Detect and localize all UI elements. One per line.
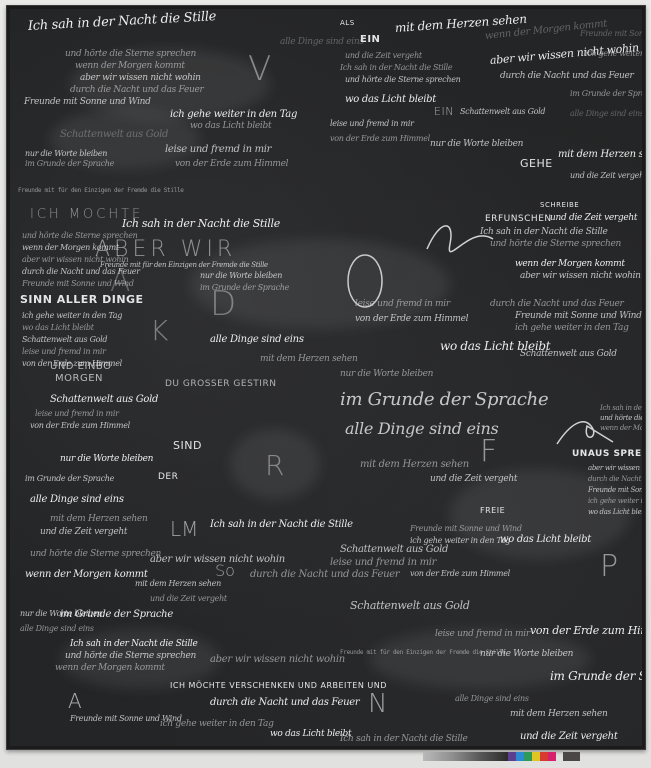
script-line: und die Zeit vergeht <box>150 594 227 603</box>
script-line: leise und fremd in mir <box>165 144 271 155</box>
painting-frame: Ich sah in der Nacht die Stille und hört… <box>6 5 646 750</box>
script-line: und die Zeit vergeht <box>40 527 127 537</box>
script-line: von der Erde zum Himmel <box>330 134 430 143</box>
script-line: Schattenwelt aus Gold <box>50 394 158 405</box>
letter-f: F <box>480 434 497 469</box>
script-line: ich gehe weiter in den Tag <box>170 109 297 120</box>
word-ein-mid: EIN <box>434 105 454 118</box>
script-line: alle Dinge sind eins <box>280 37 364 47</box>
swatch-green <box>524 752 532 761</box>
swatch-yellow <box>532 752 540 761</box>
letter-p: P <box>600 549 618 584</box>
script-line: alle Dinge sind eins <box>20 624 94 633</box>
grayscale-calibration-ramp <box>423 752 509 761</box>
script-line: und die Zeit vergeht <box>550 213 637 223</box>
script-line: nur die Worte bleiben <box>480 649 573 659</box>
letter-r: R <box>265 449 284 482</box>
script-line: Schattenwelt aus Gold <box>22 335 107 344</box>
calibration-patch <box>563 752 580 761</box>
script-line: Freunde mit Sonne und Wind <box>24 97 151 107</box>
script-line: wo das Licht bleibt <box>345 94 436 105</box>
color-calibration-swatches <box>508 752 556 761</box>
script-line: Freunde mit Sonne und Wind <box>580 29 642 38</box>
script-line: und hörte die Sterne sprechen <box>30 549 161 559</box>
script-line: Ich sah in der Nacht die Stille <box>480 227 608 237</box>
script-line: wenn der Morgen kommt <box>22 243 119 252</box>
letter-a: A <box>110 264 131 299</box>
script-line: mit dem Herzen sehen <box>260 354 357 364</box>
word-der: DER <box>158 472 178 482</box>
script-line: mit dem Herzen sehen <box>50 514 147 524</box>
word-verschenken: ICH MÖCHTE VERSCHENKEN UND ARBEITEN UND <box>170 681 387 690</box>
letter-v: V <box>248 49 271 89</box>
script-line: wenn der Morgen kommt <box>55 663 165 673</box>
script-line: im Grunde der Sprache <box>25 159 114 168</box>
word-erfunschen: ERFUNSCHEN <box>485 214 552 224</box>
script-line: Ich sah in der Nacht die Stille <box>210 519 353 530</box>
script-line: leise und fremd in mir <box>22 347 106 356</box>
script-line: nur die Worte bleiben <box>60 454 153 464</box>
script-line: aber wir wissen nicht wohin <box>588 464 642 472</box>
script-line: Schattenwelt aus Gold <box>60 129 168 140</box>
script-line: ich gehe weiter in den Tag <box>22 311 122 320</box>
script-line: wenn der Morgen kommt <box>515 259 625 269</box>
script-line: leise und fremd in mir <box>355 299 450 309</box>
script-line: von der Erde zum Himmel <box>410 569 510 578</box>
script-line: alle Dinge sind eins <box>455 694 529 703</box>
script-line: alle Dinge sind eins <box>30 494 124 505</box>
swatch-red <box>540 752 548 761</box>
script-line: ich gehe weiter in den Tag <box>515 323 629 333</box>
script-line: und die Zeit vergeht <box>345 51 422 60</box>
script-line: wenn der Morgen kommt <box>75 61 185 71</box>
script-line: ich gehe weiter in den Tag <box>588 497 642 505</box>
word-ein-top: EIN <box>360 34 380 45</box>
word-gehe: GEHE <box>520 157 553 170</box>
word-freie: FREIE <box>480 506 505 515</box>
script-line: wo das Licht bleibt <box>22 323 94 332</box>
script-line: und hörte die Sterne sprechen <box>22 231 138 240</box>
script-line: durch die Nacht und das Feuer <box>250 569 399 580</box>
script-line: mit dem Herzen sehen <box>510 709 607 719</box>
word-schreibe: SCHREIBE <box>540 201 579 209</box>
script-line: im Grunde der Sprache <box>25 474 114 483</box>
script-line: durch die Nacht und das Feuer <box>490 299 624 309</box>
script-line: Schattenwelt aus Gold <box>340 544 448 555</box>
script-line: durch die Nacht und das Feuer <box>500 71 634 81</box>
word-und-einbo: UND EINBO <box>50 361 111 372</box>
letter-a-lower: A <box>68 689 82 713</box>
script-line: ich gehe weiter in den Tag <box>160 719 274 729</box>
swatch-magenta <box>548 752 556 761</box>
script-line: im Grunde der Sprache <box>340 389 548 410</box>
script-line: alle Dinge sind eins <box>570 109 642 118</box>
script-line: nur die Worte bleiben <box>25 149 107 158</box>
script-line: im Grunde der Sprache <box>60 609 173 620</box>
word-sind: SIND <box>173 439 202 452</box>
script-line: Ich sah in der Nacht die Stille <box>70 639 198 649</box>
script-line: nur die Worte bleiben <box>200 271 282 280</box>
word-unaussprechl: UNAUS SPRECHL <box>572 449 642 459</box>
script-line: Freunde mit Sonne und Wind <box>410 524 522 533</box>
word-grosser-gestirn: DU GROSSER GESTIRN <box>165 379 276 389</box>
script-line: alle Dinge sind eins <box>210 334 304 345</box>
script-line: wo das Licht bleibt <box>190 121 271 131</box>
script-line: nur die Worte bleiben <box>340 369 433 379</box>
script-line: leise und fremd in mir <box>330 557 436 568</box>
script-line: wo das Licht bleibt <box>500 534 591 545</box>
script-line: und hörte die Sterne sprechen <box>345 75 461 84</box>
script-line: und hörte die Sterne sprechen <box>65 49 196 59</box>
script-line: im Grunde der Sprache <box>570 89 642 98</box>
script-line: und die Zeit vergeht <box>430 474 517 484</box>
script-line: und hörte die Sterne sprechen <box>490 239 621 249</box>
script-line: nur die Worte bleiben <box>430 139 523 149</box>
script-line: ich gehe weiter in den Tag <box>585 49 642 58</box>
script-line: Schattenwelt aus Gold <box>460 107 545 116</box>
script-line: leise und fremd in mir <box>330 119 414 128</box>
script-line: leise und fremd in mir <box>35 409 119 418</box>
script-line: im Grunde der Sprache <box>550 669 642 683</box>
word-als: ALS <box>340 19 355 27</box>
script-line: von der Erde zum Himmel <box>355 314 468 324</box>
swatch-purple <box>508 752 516 761</box>
script-line: und die Zeit vergeht <box>520 731 618 742</box>
script-line: mit dem Herzen sehen <box>558 149 642 160</box>
painting-canvas: Ich sah in der Nacht die Stille und hört… <box>10 9 642 746</box>
script-line: aber wir wissen nicht wohin <box>22 255 128 264</box>
script-line: im Grunde der Sprache <box>200 283 289 292</box>
script-line: Ich sah in der Nacht die Stille <box>340 63 452 72</box>
word-so: So <box>215 561 235 580</box>
small-print: Freunde mit für den Einzigen der Fremde … <box>18 187 184 194</box>
script-line: leise und fremd in mir <box>435 629 530 639</box>
script-line: wenn der Morgen kommt <box>600 424 642 432</box>
script-line: von der Erde zum Himmel <box>530 624 642 637</box>
script-line: Ich sah in der Nacht die Stille <box>340 734 468 744</box>
script-line: Ich sah in der Nacht die Stille <box>600 404 642 412</box>
script-line: wenn der Morgen kommt <box>25 569 148 580</box>
script-line: und hörte die Sterne sprechen <box>65 651 196 661</box>
script-line: wo das Licht bleibt <box>588 508 642 516</box>
script-line: Ich sah in der Nacht die Stille <box>122 217 280 230</box>
script-line: aber wir wissen nicht wohin <box>520 271 641 281</box>
letter-k: K <box>150 314 168 347</box>
script-line: Freunde mit Sonne und Wind <box>515 311 642 321</box>
script-line: aber wir wissen nicht wohin <box>80 73 201 83</box>
script-line: mit dem Herzen sehen <box>360 459 469 470</box>
script-line: alle Dinge sind eins <box>345 419 498 438</box>
script-line: durch die Nacht und das Feuer <box>588 475 642 483</box>
script-line: durch die Nacht und das Feuer <box>70 85 204 95</box>
swatch-blue <box>516 752 524 761</box>
word-morgen: MORGEN <box>55 373 103 384</box>
script-line: aber wir wissen nicht wohin <box>210 654 345 665</box>
script-line: Schattenwelt aus Gold <box>520 349 617 359</box>
script-line: Freunde mit Sonne und Wind <box>588 486 642 494</box>
script-line: von der Erde zum Himmel <box>175 159 288 169</box>
script-line: mit dem Herzen sehen <box>135 579 221 588</box>
script-line: Ich sah in der Nacht die Stille <box>28 9 217 34</box>
script-line: von der Erde zum Himmel <box>30 421 130 430</box>
letter-n: N <box>368 689 387 719</box>
script-line: und die Zeit vergeht <box>570 171 642 180</box>
script-line: Schattenwelt aus Gold <box>350 599 470 612</box>
script-line: und hörte die Sterne sprechen <box>600 414 642 422</box>
script-line: durch die Nacht und das Feuer <box>210 697 359 708</box>
word-lm: LM <box>170 517 198 541</box>
